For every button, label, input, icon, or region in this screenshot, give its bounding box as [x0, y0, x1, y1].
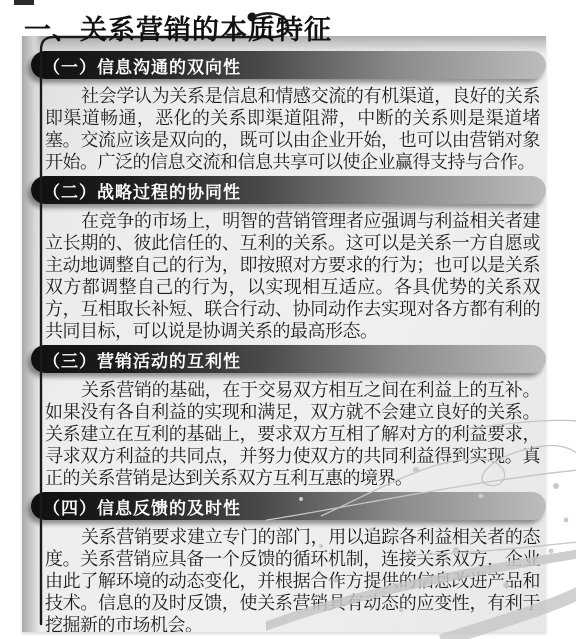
- page-title: 一、关系营销的本质特征: [24, 8, 332, 47]
- section-4: （四）信息反馈的及时性 关系营销要求建立专门的部门，用以追踪各利益相关者的态度。…: [22, 492, 546, 632]
- section-3: （三）营销活动的互利性 关系营销的基础，在于交易双方相互之间在利益上的互补。如果…: [22, 345, 546, 489]
- section-2-heading-pill: （二）战略过程的协同性: [31, 176, 546, 204]
- section-1-body: 社会学认为关系是信息和情感交流的有机渠道，良好的关系即渠道畅通，恶化的关系即渠道…: [45, 85, 540, 173]
- section-2-heading: （二）战略过程的协同性: [31, 178, 241, 203]
- section-1: （一）信息沟通的双向性 社会学认为关系是信息和情感交流的有机渠道，良好的关系即渠…: [22, 51, 546, 173]
- section-4-body: 关系营销要求建立专门的部门，用以追踪各利益相关者的态度。关系营销应具备一个反馈的…: [45, 526, 540, 632]
- section-1-heading-pill: （一）信息沟通的双向性: [31, 51, 546, 79]
- section-1-heading: （一）信息沟通的双向性: [31, 53, 241, 78]
- section-3-heading: （三）营销活动的互利性: [31, 347, 241, 372]
- content-panel: （一）信息沟通的双向性 社会学认为关系是信息和情感交流的有机渠道，良好的关系即渠…: [22, 36, 546, 632]
- section-3-body: 关系营销的基础，在于交易双方相互之间在利益上的互补。如果没有各自利益的实现和满足…: [45, 379, 540, 489]
- section-2-body: 在竞争的市场上，明智的营销管理者应强调与利益相关者建立长期的、彼此信任的、互利的…: [45, 210, 540, 342]
- section-2: （二）战略过程的协同性 在竞争的市场上，明智的营销管理者应强调与利益相关者建立长…: [22, 176, 546, 342]
- corner-mark: [14, 0, 34, 5]
- section-4-heading-pill: （四）信息反馈的及时性: [31, 492, 546, 520]
- section-3-heading-pill: （三）营销活动的互利性: [31, 345, 546, 373]
- title-row: 一、关系营销的本质特征: [24, 8, 332, 47]
- section-4-heading: （四）信息反馈的及时性: [31, 494, 241, 519]
